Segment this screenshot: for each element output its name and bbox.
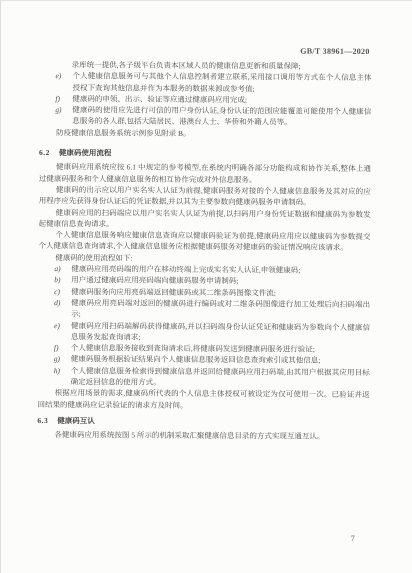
- list-text: 用户通过健康码应用亮码端向健康码服务申请制码;: [71, 276, 238, 286]
- section-heading-6-3: 6.3健康码互认: [37, 415, 369, 428]
- list-text: 健康码服务根据验证结果向个人健康信息服务返回信息查询索引或其他信息;: [71, 355, 321, 366]
- list-item: e) 个人健康信息服务可与其他个人信息控制者建立联系,采用接口调用等方式在个人信…: [39, 70, 371, 95]
- list-text: 个人健康信息服务接收到查询请求后,将健康码发送到健康码服务进行验证;: [71, 343, 315, 353]
- list-item: d) 健康码应用亮码端对返回的健康码进行编码或对二维条码图像进行加工处理后向扫码…: [38, 297, 370, 322]
- scanned-content: GB/T 38961—2020 录库统一提供,各子级平台负责本区域人员的健康信息…: [0, 0, 412, 573]
- list-label: b): [54, 274, 60, 285]
- section-title: 健康码互认: [57, 416, 95, 425]
- paragraph: 健康码应用的扫码端应以用户实名实人认证为前提,以扫码用户身份凭证数据和健康码为参…: [39, 207, 371, 232]
- list-label: e): [55, 70, 61, 81]
- appendix-note: 防疫健康信息服务系统示例参见附录 B。: [39, 127, 371, 140]
- list-label: h): [54, 365, 60, 376]
- list-text: 健康码的使用应先进行可信的用户身份认证,身份认证的范围应能覆盖可能使用个人健康信…: [72, 105, 371, 127]
- page-number: 7: [351, 534, 355, 543]
- list-text: 健康码应用亮码端对返回的健康码进行编码或对二维条码图像进行加工处理后向扫码端出示…: [71, 298, 370, 318]
- list-text: 健康码应用扫码端解码获得健康码,并以扫码端身份认证凭证和健康码为参数向个人健康信…: [71, 321, 370, 342]
- section-heading-6-2: 6.2健康码使用流程: [39, 147, 371, 160]
- page-body: 录库统一提供,各子级平台负责本区域人员的健康信息更新和质量保障; e) 个人健康…: [37, 59, 371, 443]
- standard-number-header: GB/T 38961—2020: [300, 47, 370, 56]
- list-text: 个人健康信息服务检索得到健康信息并返回给健康码应用扫码端,由其用户根据其应用目标…: [71, 366, 370, 387]
- list-text: 健康码应用亮码端的用户在移动终端上完成实名实人认证,申领健康码;: [71, 264, 300, 274]
- list-text: 健康码服务向应用亮码端返回健康码或其二维条码图像文件流;: [71, 287, 276, 297]
- list-label: f): [55, 93, 60, 104]
- list-text: 个人健康信息服务可与其他个人信息控制者建立联系,采用接口调用等方式在个人信息主体…: [72, 71, 371, 92]
- section-number: 6.2: [39, 148, 50, 157]
- closing-paragraph: 根据应用场景的需求,健康码所代表的个人信息主体授权可被设定为仅可使用一次。已验证…: [37, 387, 369, 412]
- list-label: d): [54, 297, 60, 308]
- paragraph: 各健康码应用系统按图 5 所示的机制采取汇聚健康信息目录的方式实现互通互认。: [37, 429, 369, 442]
- list-label: g): [55, 104, 61, 115]
- list-item: g) 健康码的使用应先进行可信的用户身份认证,身份认证的范围应能覆盖可能使用个人…: [39, 104, 371, 129]
- paragraph: 健康码应用系统应按 6.1 中规定的参考模型,在系统内明确各部分功能构成和协作关…: [39, 161, 371, 186]
- list-label: g): [54, 353, 60, 364]
- list-label: a): [54, 263, 60, 274]
- list-text: 健康码的申领、出示、验证等应通过健康码应用完成;: [72, 94, 247, 104]
- paragraph: 健康码的出示应以用户实名实人认证为前提,健康码服务对接的个人健康信息服务及其对应…: [39, 184, 371, 209]
- list-label: e): [54, 320, 60, 331]
- list-label: f): [54, 342, 59, 353]
- document-page: GB/T 38961—2020 录库统一提供,各子级平台负责本区域人员的健康信息…: [0, 0, 412, 573]
- list-item: h) 个人健康信息服务检索得到健康信息并返回给健康码应用扫码端,由其用户根据其应…: [38, 365, 370, 390]
- list-item: e) 健康码应用扫码端解码获得健康码,并以扫码端身份认证凭证和健康码为参数向个人…: [38, 320, 370, 345]
- section-title: 健康码使用流程: [59, 148, 112, 157]
- paragraph: 个人健康信息服务响应健康信息查询应以健康码验证为前提,健康码应用应以健康码为参数…: [38, 229, 370, 254]
- section-number: 6.3: [37, 416, 48, 425]
- list-label: c): [54, 286, 60, 297]
